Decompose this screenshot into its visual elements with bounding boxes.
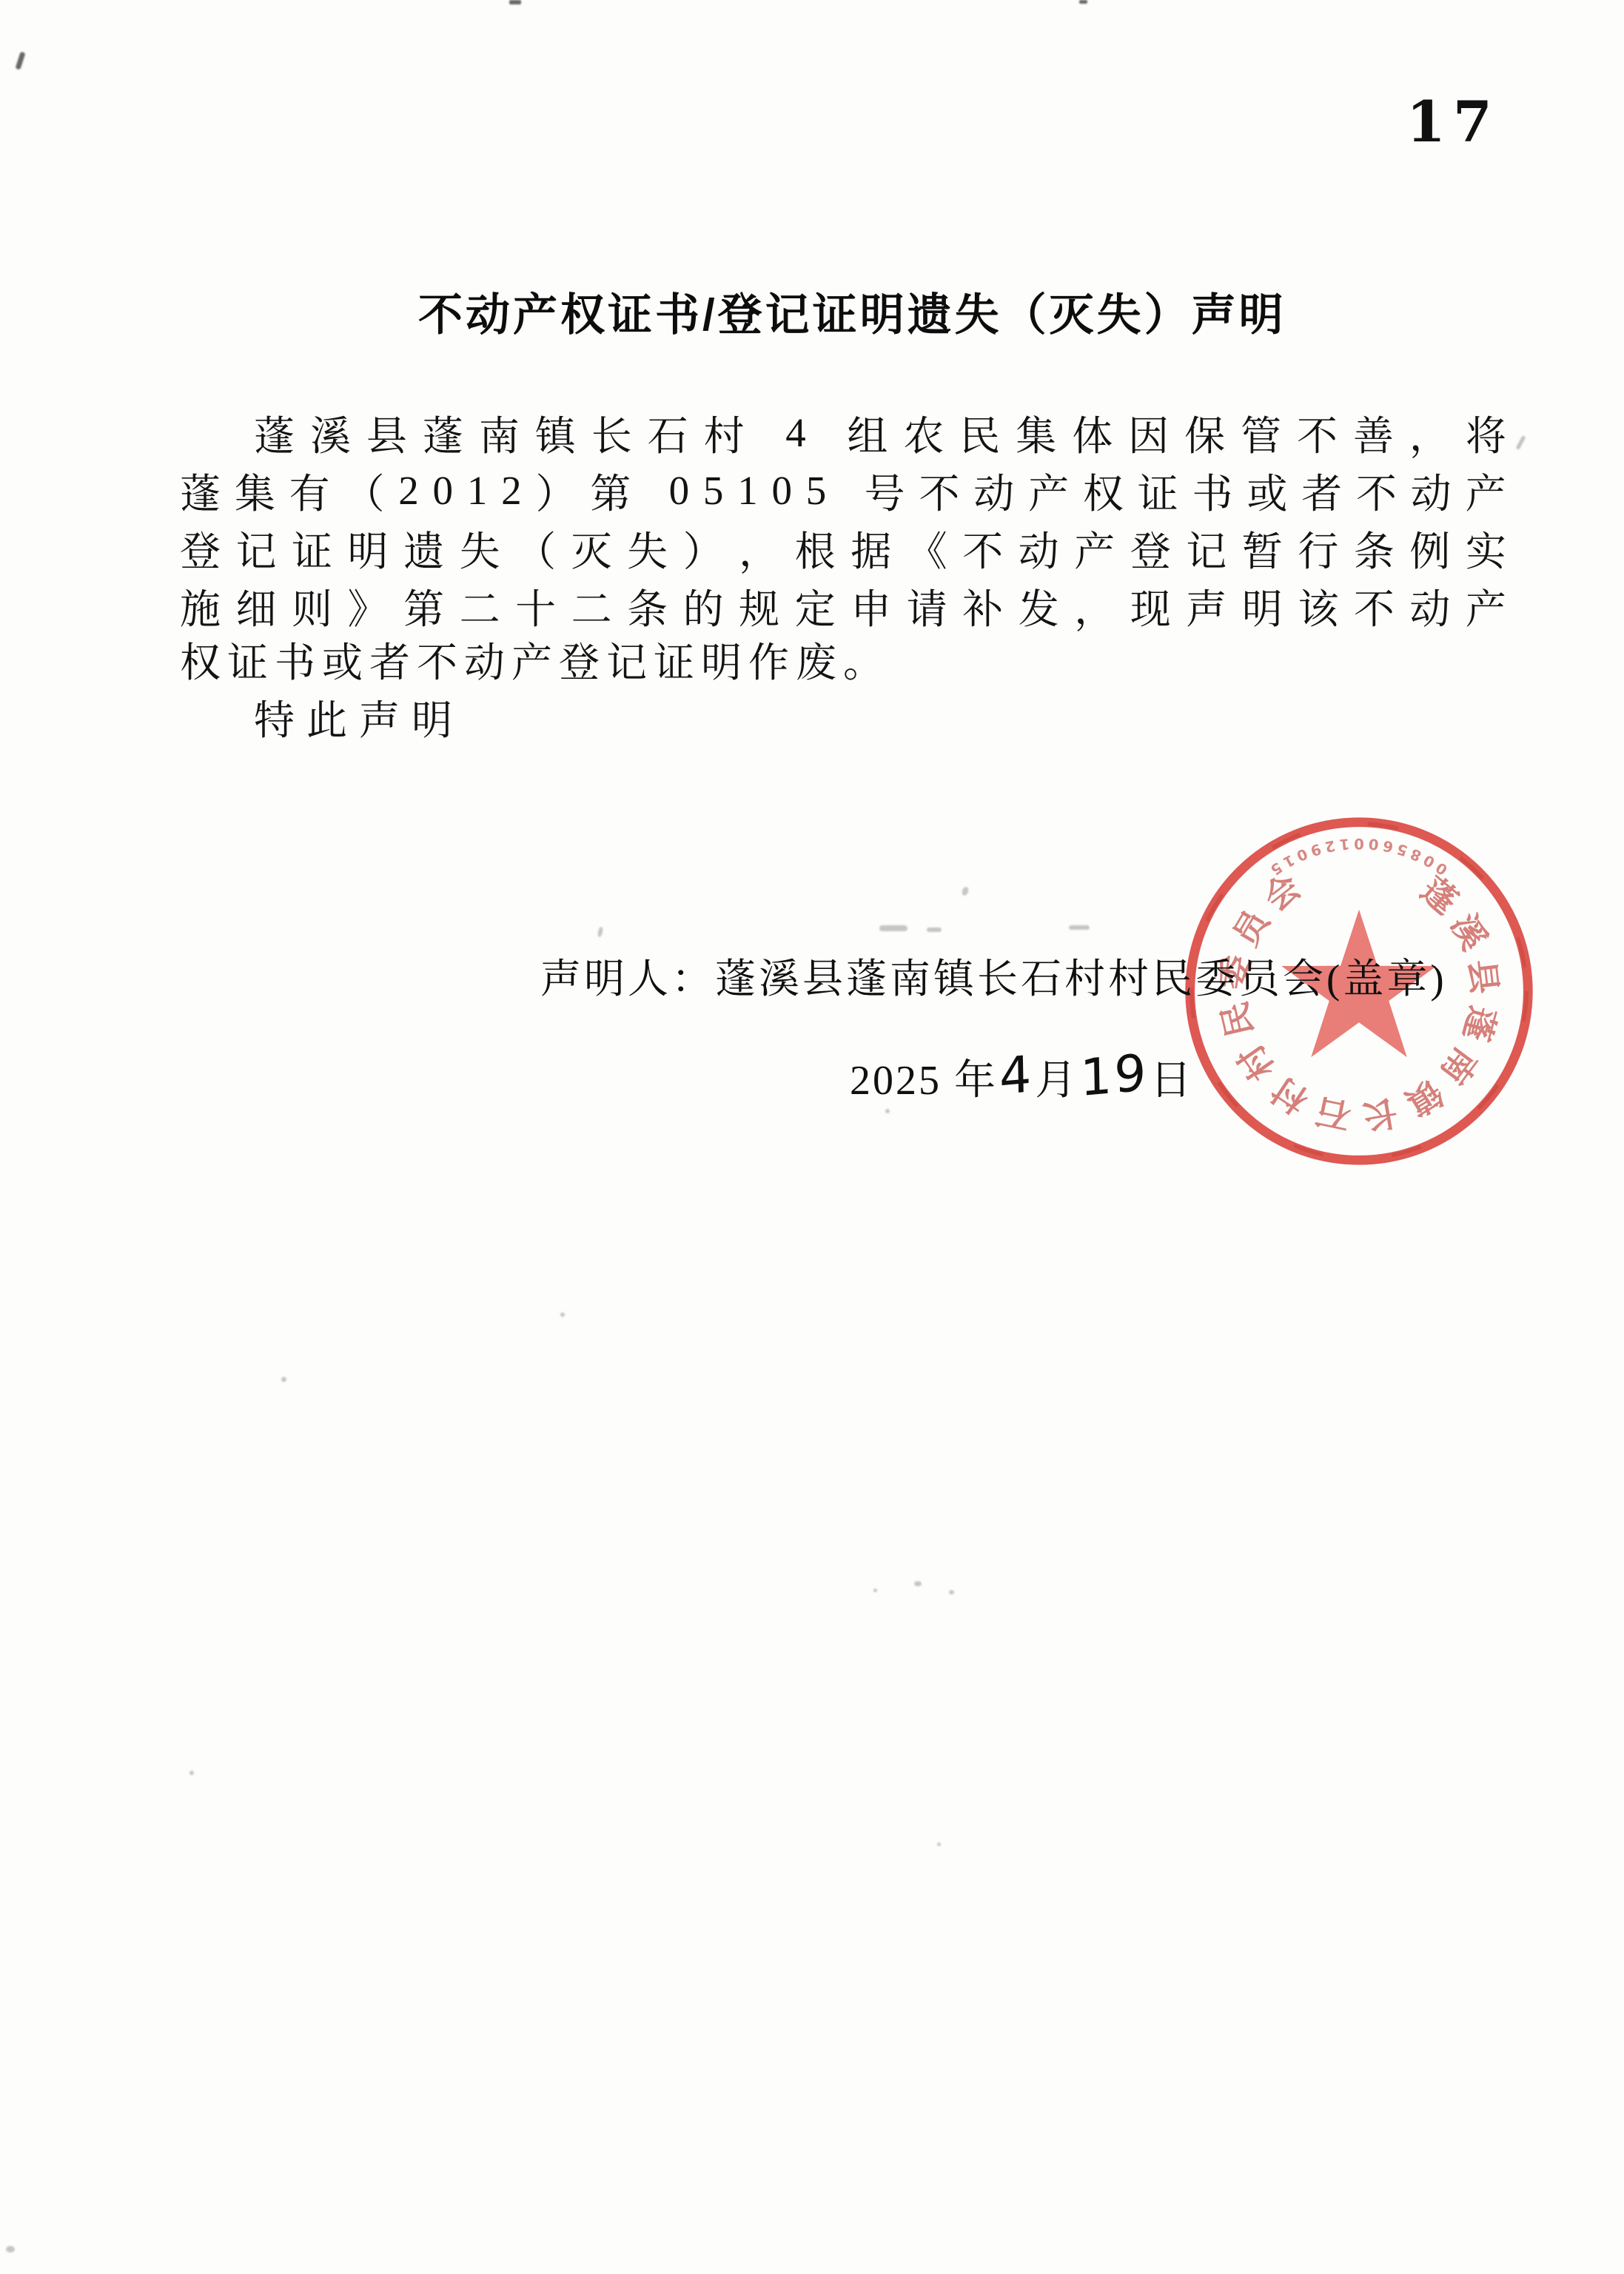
- seal-code-digits: 5109210065800: [1267, 835, 1451, 879]
- declarant-line: 声明人：蓬溪县蓬南镇长石村村民委员会(盖章): [540, 946, 1447, 1004]
- svg-text:蓬: 蓬: [1413, 871, 1464, 922]
- scan-smudge: [879, 925, 907, 931]
- scan-smudge: [873, 1589, 877, 1592]
- svg-text:蓬: 蓬: [1456, 1002, 1502, 1045]
- scan-speck: [885, 1109, 890, 1113]
- scan-speck: [509, 0, 521, 4]
- date-year: 2025: [850, 1058, 942, 1104]
- svg-text:南: 南: [1433, 1040, 1484, 1090]
- svg-text:0: 0: [1368, 835, 1380, 853]
- scan-speck: [937, 1842, 941, 1846]
- scan-smudge: [1069, 925, 1090, 930]
- svg-text:石: 石: [1313, 1090, 1355, 1134]
- scan-smudge: [914, 1581, 922, 1586]
- body-line: 特此声明: [180, 692, 1506, 750]
- page-number: 17: [1406, 89, 1500, 155]
- scan-speck: [1516, 435, 1526, 450]
- svg-text:村: 村: [1266, 1069, 1315, 1120]
- svg-text:6: 6: [1381, 837, 1395, 856]
- scan-smudge: [927, 928, 942, 932]
- svg-text:8: 8: [1408, 845, 1424, 865]
- svg-text:0: 0: [1294, 845, 1310, 865]
- svg-text:2: 2: [1323, 837, 1337, 856]
- scan-speck: [15, 52, 25, 70]
- svg-text:1: 1: [1338, 835, 1350, 853]
- date-year-suffix: 年: [942, 1058, 998, 1104]
- scan-speck: [281, 1377, 286, 1382]
- body-line: 权证书或者不动产登记证明作废。: [180, 634, 1506, 692]
- svg-text:镇: 镇: [1397, 1072, 1449, 1124]
- scan-speck: [560, 1312, 565, 1317]
- date-day-suffix: 日: [1150, 1058, 1194, 1104]
- svg-text:0: 0: [1420, 851, 1437, 871]
- svg-text:村: 村: [1232, 1037, 1283, 1087]
- date-month-suffix: 月: [1035, 1058, 1078, 1104]
- scan-speck: [1079, 0, 1087, 4]
- document-title: 不动产权证书/登记证明遗失（灭失）声明: [418, 280, 1351, 343]
- scan-speck: [6, 2246, 15, 2253]
- date-line: 2025 年4月19日: [850, 1047, 1194, 1107]
- scan-smudge: [961, 886, 970, 896]
- svg-text:9: 9: [1309, 840, 1323, 859]
- scan-smudge: [949, 1590, 954, 1594]
- body-line: 蓬溪县蓬南镇长石村 4 组农民集体因保管不善，将: [180, 403, 1506, 461]
- date-month-handwritten: 4: [999, 1045, 1033, 1107]
- body-line: 登记证明遗失（灭失），根据《不动产登记暂行条例实: [180, 519, 1506, 577]
- scanned-document-page: 17 不动产权证书/登记证明遗失（灭失）声明 蓬溪县蓬南镇长石村 4 组农民集体…: [0, 0, 1624, 2274]
- body-line: 蓬集有（2012）第 05105 号不动产权证书或者不动产: [180, 461, 1506, 519]
- svg-text:民: 民: [1216, 999, 1261, 1041]
- document-body: 蓬溪县蓬南镇长石村 4 组农民集体因保管不善，将蓬集有（2012）第 05105…: [180, 403, 1506, 750]
- scan-speck: [189, 1771, 194, 1775]
- svg-text:溪: 溪: [1443, 908, 1494, 956]
- body-line: 施细则》第二十二条的规定申请补发，现声明该不动产: [180, 577, 1506, 634]
- svg-text:5: 5: [1395, 840, 1409, 859]
- svg-text:0: 0: [1354, 835, 1364, 852]
- svg-text:长: 长: [1360, 1092, 1400, 1135]
- date-day-handwritten: 19: [1080, 1044, 1150, 1108]
- scan-smudge: [597, 927, 604, 938]
- svg-text:县: 县: [1461, 958, 1503, 996]
